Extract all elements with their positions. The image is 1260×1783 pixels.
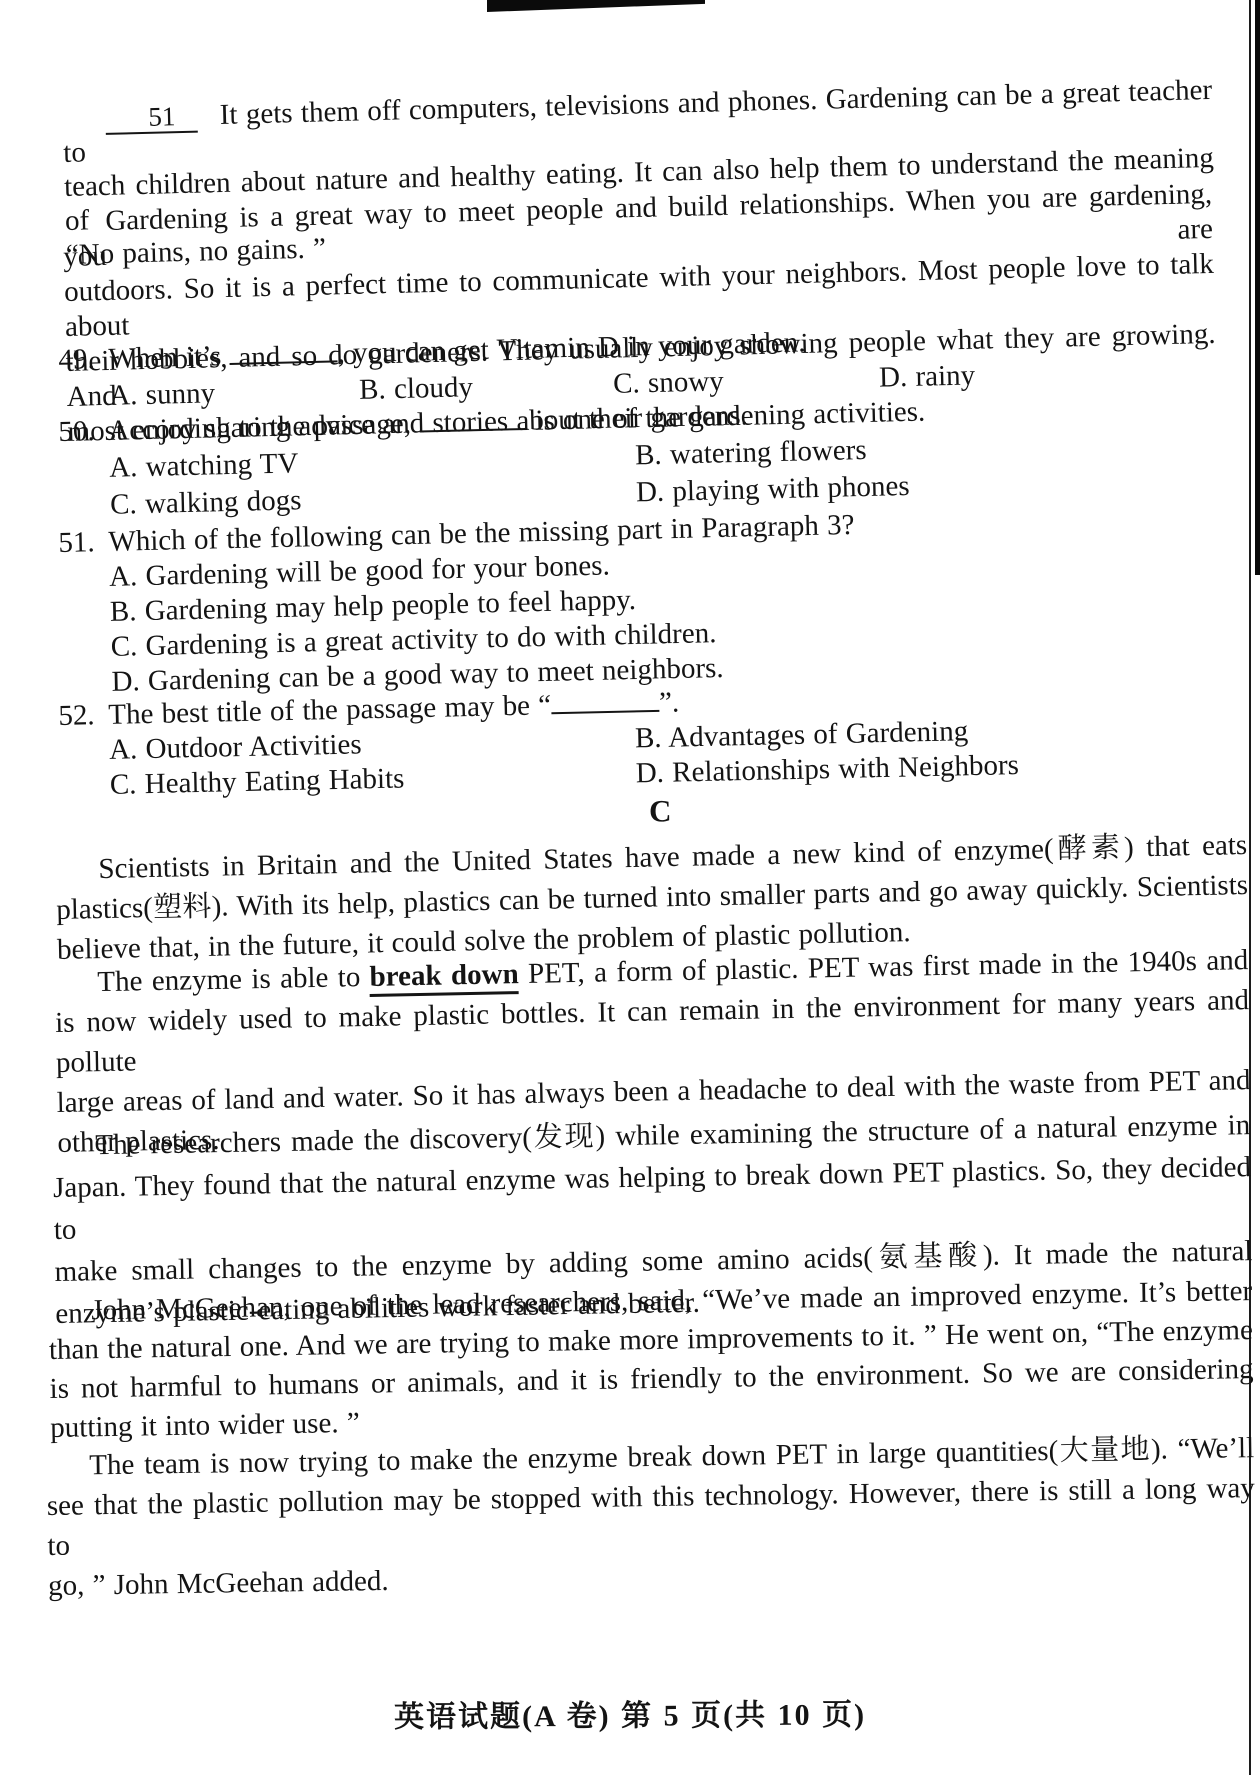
option-d: D. rainy [879, 357, 976, 396]
question-number: 50. [58, 413, 95, 451]
option-d: D. Relationships with Neighbors [635, 748, 1019, 791]
page-edge-corner [1255, 0, 1260, 575]
scan-artifact-top [487, 0, 705, 12]
option-a: A. Outdoor Activities [109, 727, 362, 768]
option-c: C. snowy [613, 363, 724, 403]
answer-blank [551, 710, 659, 714]
underlined-term: break down [369, 958, 519, 997]
question-51: 51. Which of the following can be the mi… [58, 499, 1252, 701]
option-b: B. cloudy [359, 369, 474, 409]
answer-blank [419, 428, 527, 433]
option-b: B. watering flowers [635, 432, 867, 474]
numbered-blank: 51 [105, 103, 198, 135]
page-footer: 英语试题(A 卷) 第 5 页(共 10 页) [0, 1687, 1260, 1738]
option-d: D. playing with phones [636, 468, 910, 511]
option-c: C. Healthy Eating Habits [110, 761, 405, 802]
option-c: C. walking dogs [110, 482, 302, 523]
passage-c-paragraph-4: John McGeehan, one of the lead researche… [48, 1272, 1254, 1448]
answer-blank [230, 360, 338, 365]
question-number: 51. [58, 525, 95, 561]
option-a: A. watching TV [109, 445, 299, 486]
question-number: 52. [58, 698, 95, 734]
scanned-exam-page: 51 It gets them off computers, televisio… [0, 0, 1260, 1783]
question-number: 49. [58, 341, 95, 379]
passage-c-paragraph-5: The team is now trying to make the enzym… [46, 1428, 1256, 1606]
option-a: A. sunny [109, 375, 216, 414]
